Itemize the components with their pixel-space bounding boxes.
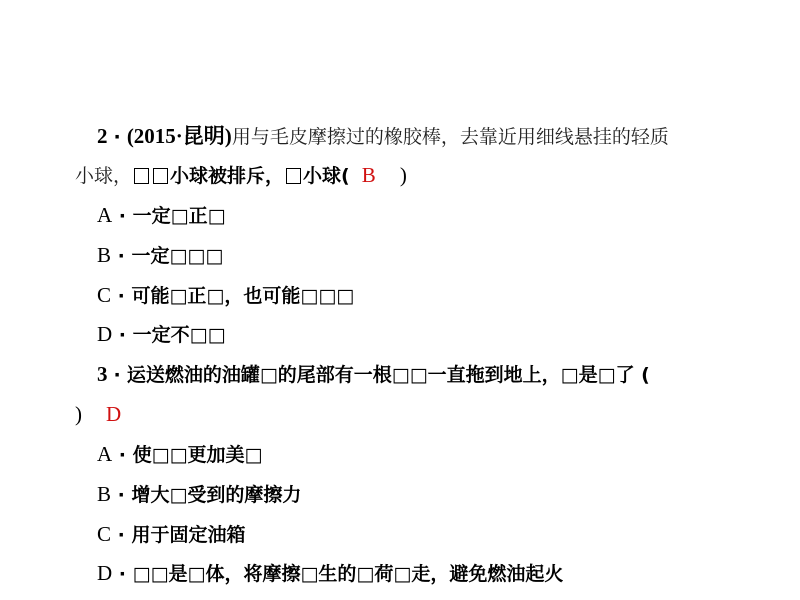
missing-glyph-icon	[153, 168, 168, 184]
option-letter: C	[97, 283, 111, 307]
answer-text: B	[362, 163, 376, 187]
option-text: □□是□体，将摩擦□生的□荷□走，避免燃油起火	[133, 563, 564, 585]
question-stem-text: 小球，	[75, 165, 132, 187]
separator: ·	[114, 126, 121, 148]
question-2-stem-line1: 2 · (2015·昆明)用与毛皮摩擦过的橡胶棒，去靠近用细线悬挂的轻质	[97, 124, 669, 149]
option-letter: A	[97, 203, 112, 227]
question-3-stem-line2: ) D	[75, 402, 121, 427]
option-2a: A · 一定□正□	[97, 203, 226, 228]
option-text: 一定□□□	[131, 245, 223, 267]
option-text: 增大□受到的摩擦力	[131, 484, 301, 506]
question-stem-text: 小球(	[303, 165, 350, 187]
missing-glyph-icon	[134, 168, 149, 184]
question-number: 3	[97, 362, 108, 386]
option-text: 可能□正□，也可能□□□	[131, 285, 354, 307]
option-2d: D · 一定不□□	[97, 322, 226, 347]
question-2-stem-line2: 小球，小球被排斥，小球( B )	[75, 163, 407, 188]
missing-glyph-icon	[286, 168, 301, 184]
option-letter: A	[97, 442, 112, 466]
option-letter: B	[97, 482, 111, 506]
question-number: 2	[97, 124, 108, 148]
option-letter: B	[97, 243, 111, 267]
option-3c: C · 用于固定油箱	[97, 522, 245, 547]
option-text: 用于固定油箱	[131, 524, 245, 546]
option-letter: D	[97, 561, 112, 585]
close-paren: )	[75, 402, 82, 426]
answer-text: D	[106, 402, 121, 426]
option-2c: C · 可能□正□，也可能□□□	[97, 283, 354, 308]
question-3-stem-line1: 3 · 运送燃油的油罐□的尾部有一根□□一直拖到地上，□是□了 (	[97, 362, 650, 387]
close-paren: )	[400, 163, 407, 187]
option-text: 一定不□□	[133, 324, 226, 346]
option-letter: D	[97, 322, 112, 346]
separator: ·	[114, 364, 121, 386]
option-3d: D · □□是□体，将摩擦□生的□荷□走，避免燃油起火	[97, 561, 563, 586]
question-stem-text: 用与毛皮摩擦过的橡胶棒，去靠近用细线悬挂的轻质	[232, 126, 669, 148]
question-stem-text: 小球被排斥，	[170, 165, 284, 187]
option-3b: B · 增大□受到的摩擦力	[97, 482, 301, 507]
question-stem-text: 运送燃油的油罐□的尾部有一根□□一直拖到地上，□是□了 (	[127, 364, 650, 386]
option-2b: B · 一定□□□	[97, 243, 223, 268]
question-source: (2015·昆明)	[127, 124, 232, 148]
option-text: 使□□更加美□	[133, 444, 263, 466]
option-3a: A · 使□□更加美□	[97, 442, 262, 467]
option-letter: C	[97, 522, 111, 546]
option-text: 一定□正□	[133, 205, 226, 227]
